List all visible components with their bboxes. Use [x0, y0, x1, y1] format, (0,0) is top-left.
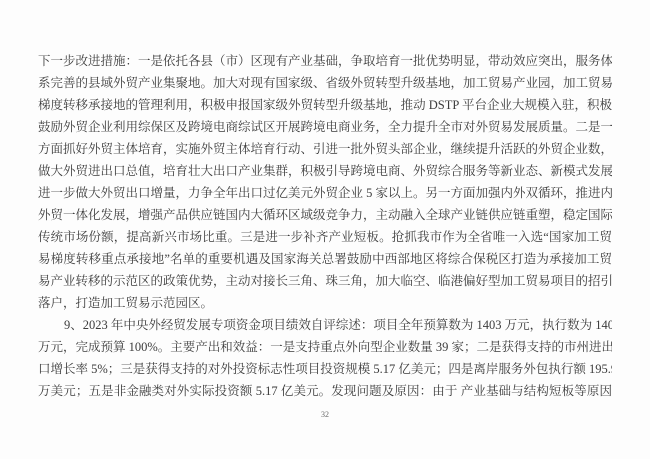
document-page: 下一步改进措施：一是依托各县（市）区现有产业基础，争取培育一批优势明显，带动效应…: [0, 0, 650, 459]
text-line: 万元，完成预算 100%。主要产出和效益：一是支持重点外向型企业数量 39 家；…: [38, 336, 612, 358]
text-line-paragraph-start: 9、2023 年中央外经贸发展专项资金项目绩效自评综述：项目全年预算数为 140…: [38, 314, 612, 336]
text-line: 下一步改进措施：一是依托各县（市）区现有产业基础，争取培育一批优势明显，带动效应…: [38, 50, 612, 72]
page-number: 32: [0, 409, 650, 421]
text-line: 口增长率 5%；三是获得支持的对外投资标志性项目投资规模 5.17 亿美元；四是…: [38, 358, 612, 380]
document-text-block: 下一步改进措施：一是依托各县（市）区现有产业基础，争取培育一批优势明显，带动效应…: [38, 50, 612, 402]
text-line: 易产业转移的示范区的政策优势，主动对接长三角、珠三角，加大临空、临港偏好型加工贸…: [38, 270, 612, 292]
text-line: 梯度转移承接地的管理利用，积极申报国家级外贸转型升级基地，推动 DSTP 平台企…: [38, 94, 612, 116]
text-line: 做大外贸进出口总值，培育壮大出口产业集群，积极引导跨境电商、外贸综合服务等新业态…: [38, 160, 612, 182]
text-line: 万美元；五是非金融类对外实际投资额 5.17 亿美元。发现问题及原因：由于 产业…: [38, 380, 612, 402]
text-line: 外贸一体化发展，增强产品供应链国内大循环区域级竞争力，主动融入全球产业链供应链重…: [38, 204, 612, 226]
text-line: 鼓励外贸企业利用综保区及跨境电商综试区开展跨境电商业务，全力提升全市对外贸易发展…: [38, 116, 612, 138]
text-line-paragraph-end: 落户，打造加工贸易示范园区。: [38, 292, 612, 314]
text-line: 系完善的县域外贸产业集聚地。加大对现有国家级、省级外贸转型升级基地，加工贸易产业…: [38, 72, 612, 94]
text-line: 进一步做大外贸出口增量，力争全年出口过亿美元外贸企业 5 家以上。另一方面加强内…: [38, 182, 612, 204]
text-line: 易梯度转移重点承接地”名单的重要机遇及国家海关总署鼓励中西部地区将综合保税区打造…: [38, 248, 612, 270]
text-line: 传统市场份额，提高新兴市场比重。三是进一步补齐产业短板。抢抓我市作为全省唯一入选…: [38, 226, 612, 248]
text-line: 方面抓好外贸主体培育，实施外贸主体培育行动、引进一批外贸头部企业，继续提升活跃的…: [38, 138, 612, 160]
